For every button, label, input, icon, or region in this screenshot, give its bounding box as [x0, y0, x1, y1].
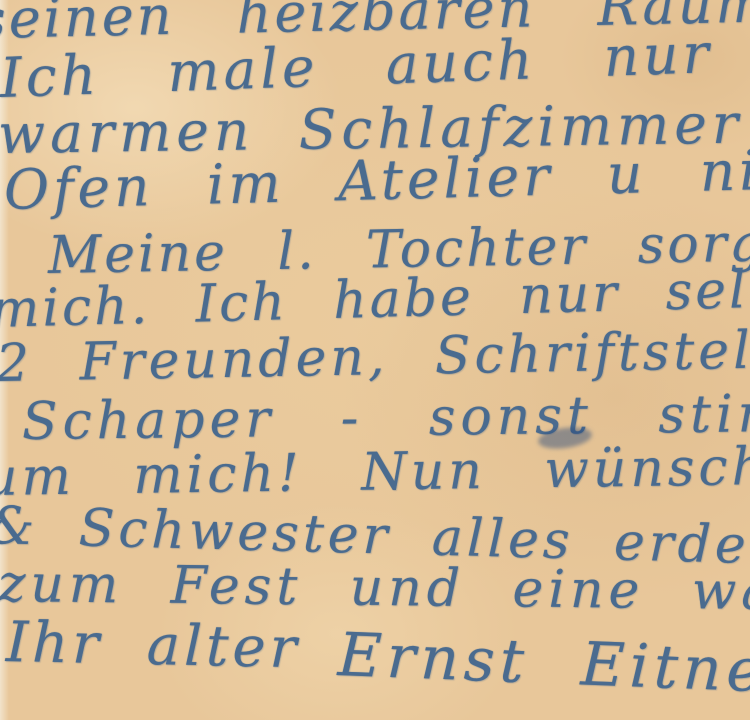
- letter-closing: Ihr alter: [5, 610, 301, 681]
- letter-signature: Ernst Eitner: [337, 620, 750, 708]
- letter-page: seinen heizbaren Raum (Of Ich male auch …: [0, 0, 750, 720]
- handwriting-line-9: um mich! Nun wünsche: [0, 437, 750, 508]
